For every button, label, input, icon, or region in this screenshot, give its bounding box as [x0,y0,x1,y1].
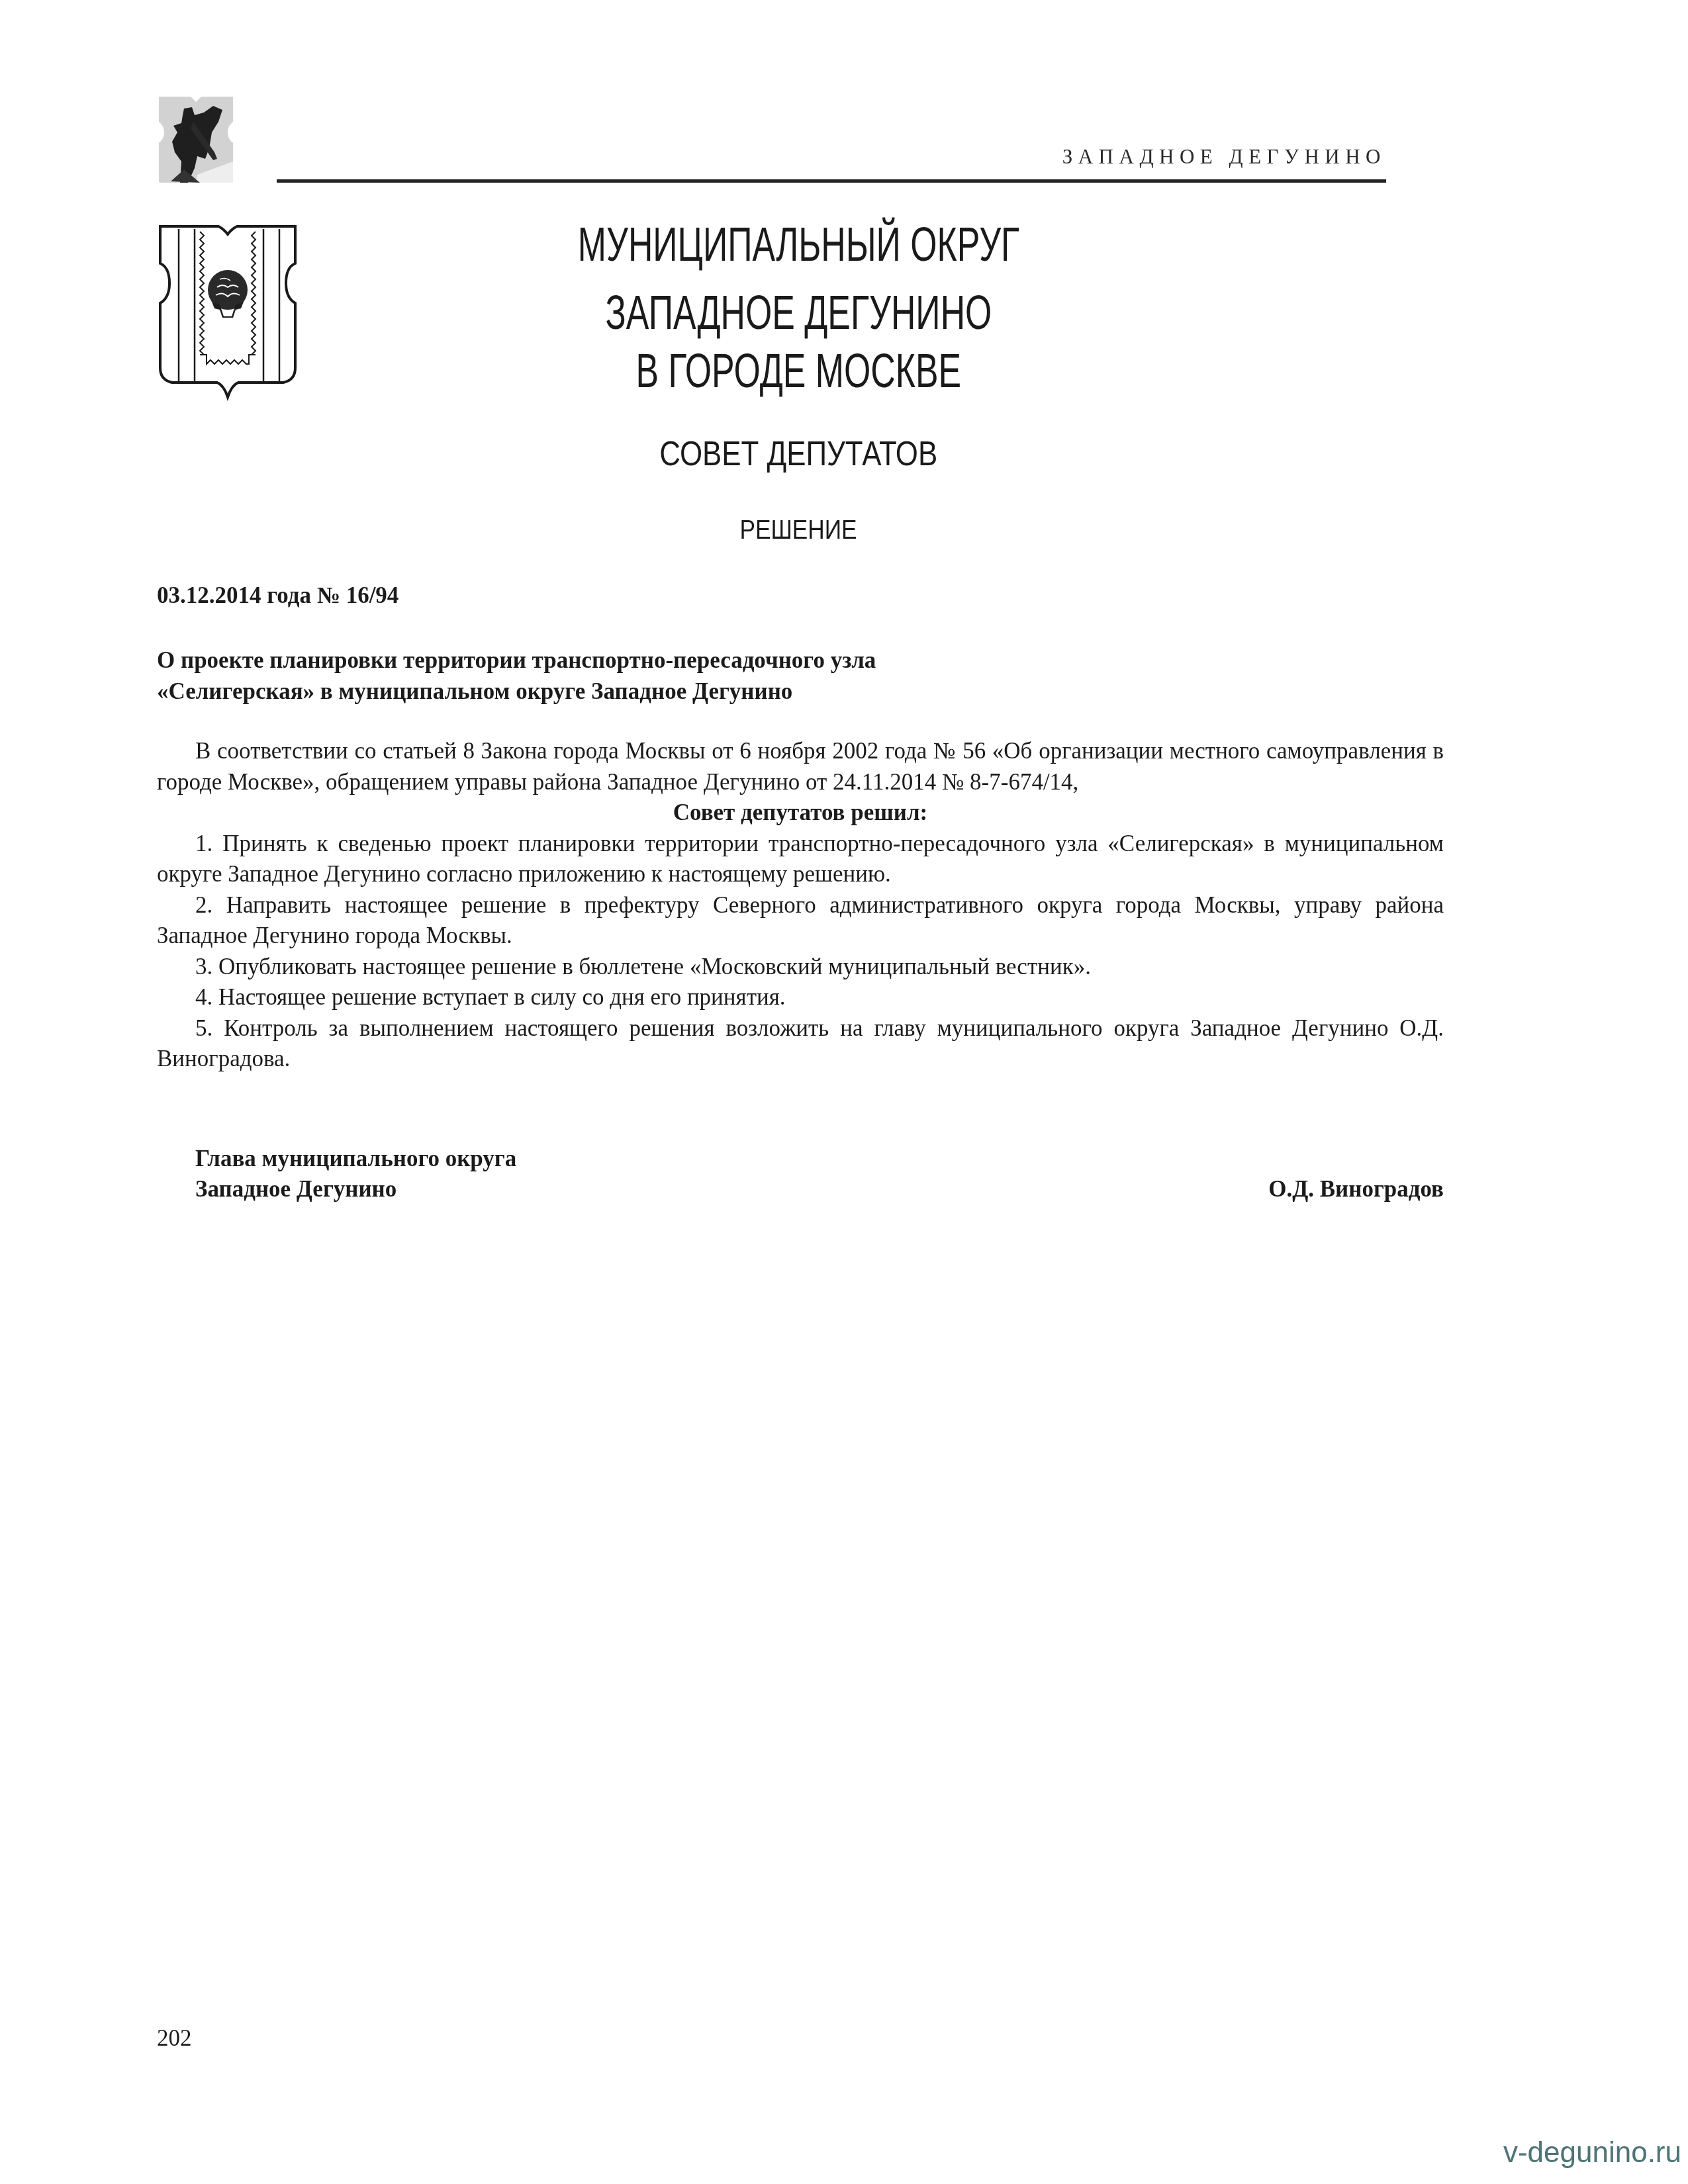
preamble: В соответствии со статьей 8 Закона город… [157,736,1444,797]
signature-position-line-2: Западное Дегунино [195,1174,1444,1205]
decision-item: 5. Контроль за выполнением настоящего ре… [157,1013,1444,1075]
resolved-heading: Совет депутатов решил: [157,797,1444,829]
running-header: ЗАПАДНОЕ ДЕГУНИНО [1062,145,1386,169]
council-heading: СОВЕТ ДЕПУТАТОВ [0,434,1597,473]
heading-line-1: МУНИЦИПАЛЬНЫЙ ОКРУГ [0,218,1597,272]
heading-line-1-text: МУНИЦИПАЛЬНЫЙ ОКРУГ [577,218,1019,272]
decision-date-number: 03.12.2014 года № 16/94 [157,582,399,609]
moscow-emblem-icon [158,95,234,184]
signature-block: Глава муниципального округа Западное Дег… [195,1144,1444,1205]
decision-body: В соответствии со статьей 8 Закона город… [157,736,1444,1075]
decision-title: О проекте планировки территории транспор… [157,645,1150,707]
heading-line-3-text: В ГОРОДЕ МОСКВЕ [635,344,961,398]
council-heading-text: СОВЕТ ДЕПУТАТОВ [659,434,937,473]
decision-title-line: «Селигерская» в муниципальном округе Зап… [157,676,1150,707]
decision-title-line: О проекте планировки территории транспор… [157,645,1150,676]
decision-item: 4. Настоящее решение вступает в силу со … [157,982,1444,1013]
signature-name: О.Д. Виноградов [1268,1174,1444,1205]
decision-heading-text: РЕШЕНИЕ [739,514,857,545]
signature-position-line-1: Глава муниципального округа [195,1144,1444,1174]
decision-item: 2. Направить настоящее решение в префект… [157,890,1444,952]
page-number: 202 [157,2025,192,2052]
decision-heading: РЕШЕНИЕ [0,514,1597,545]
heading-line-3: В ГОРОДЕ МОСКВЕ [0,344,1597,398]
decision-item: 1. Принять к сведенью проект планировки … [157,829,1444,890]
heading-line-2: ЗАПАДНОЕ ДЕГУНИНО [0,286,1597,340]
heading-line-2-text: ЗАПАДНОЕ ДЕГУНИНО [605,286,992,340]
decision-item: 3. Опубликовать настоящее решение в бюлл… [157,952,1444,983]
site-watermark: v-degunino.ru [1503,2136,1681,2169]
header-rule [277,179,1386,183]
